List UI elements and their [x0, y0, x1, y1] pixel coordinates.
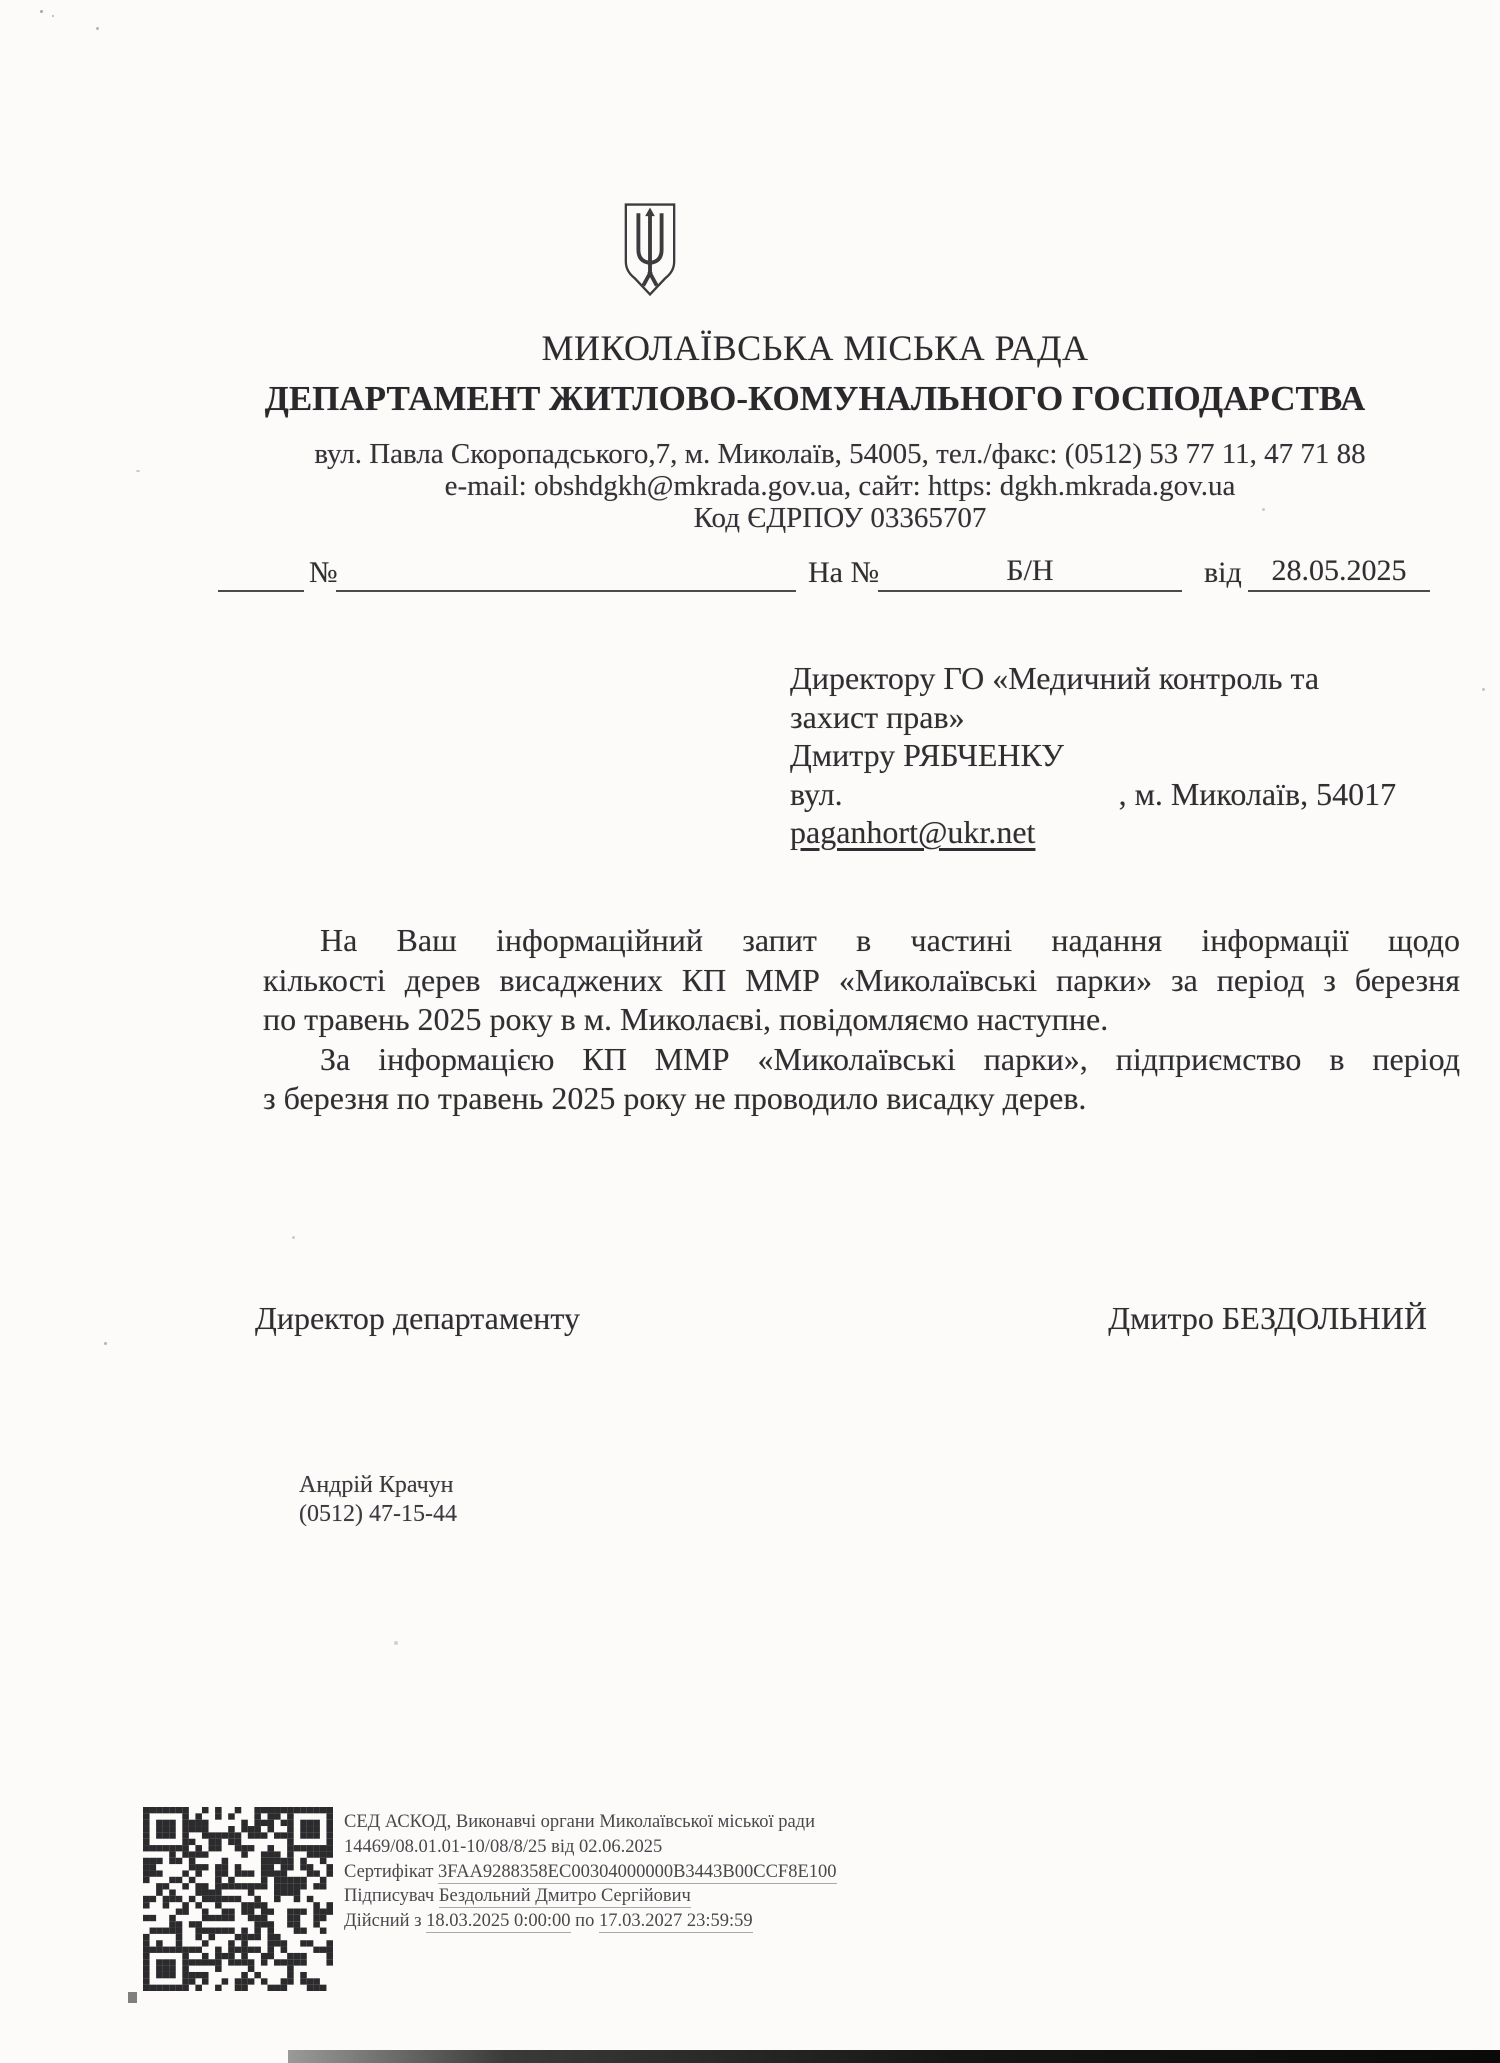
- contact-line: e-mail: obshdgkh@mkrada.gov.ua, сайт: ht…: [195, 470, 1485, 503]
- scanned-letter-page: МИКОЛАЇВСЬКА МІСЬКА РАДА ДЕПАРТАМЕНТ ЖИТ…: [0, 0, 1500, 2063]
- signer-label: Підписувач: [344, 1886, 434, 1906]
- scan-speck: [1262, 508, 1265, 511]
- outgoing-number-blank: [336, 554, 796, 592]
- body-line: На Ваш інформаційний запит в частині над…: [263, 921, 1460, 961]
- reply-number-value: Б/Н: [878, 554, 1182, 592]
- body-line: За інформацією КП ММР «Миколаївські парк…: [263, 1040, 1460, 1080]
- valid-from: 18.03.2025 0:00:00: [426, 1911, 570, 1933]
- validity-label: Дійсний з: [344, 1911, 422, 1931]
- recipient-line: Дмитру РЯБЧЕНКУ: [790, 736, 1470, 775]
- number-label: №: [309, 556, 338, 590]
- certificate-value: 3FAA9288358EC00304000000B3443B00CCF8E100: [438, 1862, 836, 1884]
- stamp-doc-number: 14469/08.01.01-10/08/8/25 від 02.06.2025: [344, 1835, 837, 1860]
- validity-middle: по: [575, 1911, 594, 1931]
- body-line: з березня по травень 2025 року не провод…: [263, 1079, 1460, 1119]
- stamp-signer-line: Підписувач Бездольний Дмитро Сергійович: [344, 1884, 837, 1909]
- outgoing-date-blank: [218, 554, 304, 592]
- recipient-line: Директору ГО «Медичний контроль та: [790, 659, 1470, 698]
- recipient-line: захист прав»: [790, 698, 1470, 737]
- address-line: вул. Павла Скоропадського,7, м. Миколаїв…: [195, 438, 1485, 471]
- stamp-system-line: СЕД АСКОД, Виконавчі органи Миколаївсько…: [344, 1810, 837, 1835]
- recipient-address-line: вул., м. Миколаїв, 54017: [790, 775, 1470, 814]
- valid-to: 17.03.2027 23:59:59: [599, 1911, 753, 1933]
- scan-edge-bar: [288, 2050, 1500, 2063]
- recipient-email: paganhort@ukr.net: [790, 813, 1470, 852]
- letter-body: На Ваш інформаційний запит в частині над…: [263, 921, 1460, 1119]
- scan-speck: [96, 27, 99, 30]
- body-line: кількості дерев висаджених КП ММР «Микол…: [263, 961, 1460, 1001]
- signer-name: Дмитро БЕЗДОЛЬНИЙ: [1108, 1300, 1427, 1337]
- certificate-label: Сертифікат: [344, 1862, 433, 1882]
- city-suffix: , м. Миколаїв, 54017: [1119, 776, 1397, 812]
- recipient-block: Директору ГО «Медичний контроль та захис…: [790, 659, 1470, 852]
- date-label: від: [1204, 556, 1242, 590]
- edrpou-line: Код ЄДРПОУ 03365707: [195, 502, 1485, 535]
- scan-speck: [1482, 688, 1485, 691]
- ukraine-trident-emblem-icon: [621, 196, 679, 304]
- scan-speck: [128, 1992, 137, 2003]
- signer-position: Директор департаменту: [255, 1300, 580, 1337]
- qr-code: [143, 1807, 333, 1991]
- stamp-certificate-line: Сертифікат 3FAA9288358EC00304000000B3443…: [344, 1860, 837, 1885]
- street-prefix: вул.: [790, 776, 843, 812]
- scan-speck: [104, 1342, 107, 1345]
- stamp-validity-line: Дійсний з 18.03.2025 0:00:00 по 17.03.20…: [344, 1909, 837, 1934]
- signature-stamp-block: СЕД АСКОД, Виконавчі органи Миколаївсько…: [344, 1810, 837, 1934]
- org-name: МИКОЛАЇВСЬКА МІСЬКА РАДА: [250, 327, 1380, 369]
- signer-value: Бездольний Дмитро Сергійович: [439, 1886, 691, 1908]
- scan-speck: [292, 1236, 295, 1239]
- scan-speck: [52, 15, 54, 17]
- scan-speck: [136, 470, 140, 472]
- executor-name: Андрій Крачун: [299, 1471, 457, 1500]
- scan-speck: [394, 1641, 398, 1645]
- department-name: ДЕПАРТАМЕНТ ЖИТЛОВО-КОМУНАЛЬНОГО ГОСПОДА…: [170, 379, 1460, 419]
- body-line: по травень 2025 року в м. Миколаєві, пов…: [263, 1000, 1460, 1040]
- executor-block: Андрій Крачун (0512) 47-15-44: [299, 1471, 457, 1529]
- reply-to-label: На №: [808, 556, 879, 590]
- executor-phone: (0512) 47-15-44: [299, 1500, 457, 1529]
- date-value: 28.05.2025: [1248, 554, 1430, 592]
- scan-speck: [40, 10, 43, 13]
